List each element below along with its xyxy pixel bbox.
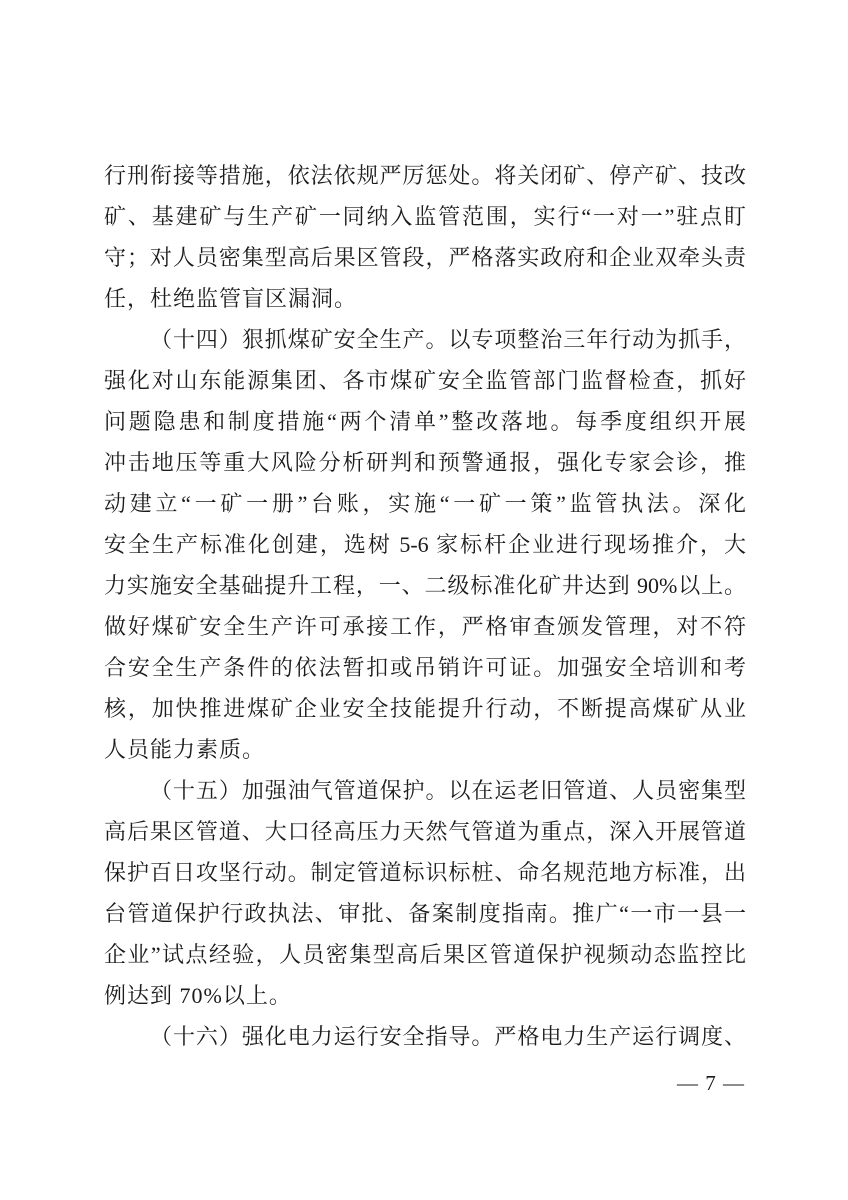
text-line: 任，杜绝监管盲区漏洞。 — [104, 278, 746, 319]
text-line: 安全生产标准化创建，选树 5-6 家标杆企业进行现场推介，大 — [104, 524, 746, 565]
text-line: 动建立“一矿一册”台账，实施“一矿一策”监管执法。深化 — [104, 483, 746, 524]
text-line: （十四）狠抓煤矿安全生产。以专项整治三年行动为抓手， — [104, 319, 746, 360]
document-page: 行刑衔接等措施，依法依规严厉惩处。将关闭矿、停产矿、技改矿、基建矿与生产矿一同纳… — [0, 0, 848, 1200]
text-line: 高后果区管道、大口径高压力天然气管道为重点，深入开展管道 — [104, 811, 746, 852]
text-line: 冲击地压等重大风险分析研判和预警通报，强化专家会诊，推 — [104, 442, 746, 483]
text-line: 保护百日攻坚行动。制定管道标识标桩、命名规范地方标准，出 — [104, 852, 746, 893]
text-line: （十六）强化电力运行安全指导。严格电力生产运行调度、 — [104, 1016, 746, 1057]
text-line: 合安全生产条件的依法暂扣或吊销许可证。加强安全培训和考 — [104, 647, 746, 688]
page-number: — 7 — — [677, 1071, 745, 1095]
text-line: 企业”试点经验，人员密集型高后果区管道保护视频动态监控比 — [104, 934, 746, 975]
text-line: 问题隐患和制度措施“两个清单”整改落地。每季度组织开展 — [104, 401, 746, 442]
text-line: 人员能力素质。 — [104, 729, 746, 770]
text-line: 守；对人员密集型高后果区管段，严格落实政府和企业双牵头责 — [104, 237, 746, 278]
text-line: 强化对山东能源集团、各市煤矿安全监管部门监督检查，抓好 — [104, 360, 746, 401]
text-line: 矿、基建矿与生产矿一同纳入监管范围，实行“一对一”驻点盯 — [104, 196, 746, 237]
text-line: 做好煤矿安全生产许可承接工作，严格审查颁发管理，对不符 — [104, 606, 746, 647]
text-line: 例达到 70%以上。 — [104, 975, 746, 1016]
document-body: 行刑衔接等措施，依法依规严厉惩处。将关闭矿、停产矿、技改矿、基建矿与生产矿一同纳… — [104, 155, 746, 1057]
text-line: 行刑衔接等措施，依法依规严厉惩处。将关闭矿、停产矿、技改 — [104, 155, 746, 196]
text-line: 台管道保护行政执法、审批、备案制度指南。推广“一市一县一 — [104, 893, 746, 934]
text-line: （十五）加强油气管道保护。以在运老旧管道、人员密集型 — [104, 770, 746, 811]
text-line: 力实施安全基础提升工程，一、二级标准化矿井达到 90%以上。 — [104, 565, 746, 606]
text-line: 核，加快推进煤矿企业安全技能提升行动，不断提高煤矿从业 — [104, 688, 746, 729]
